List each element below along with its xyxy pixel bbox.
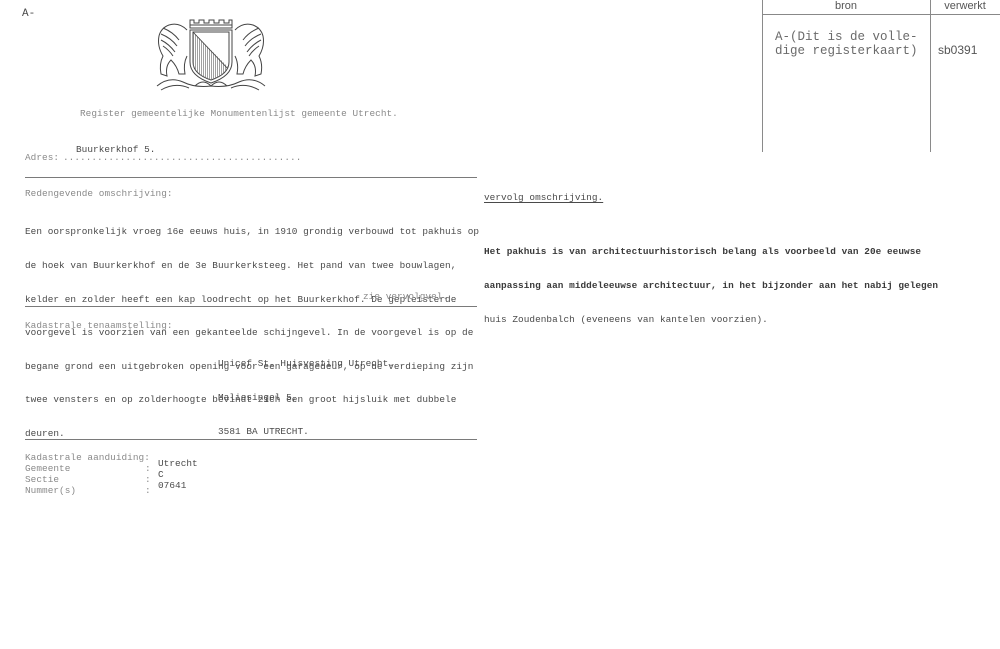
table-bron-line: dige registerkaart) bbox=[775, 44, 918, 58]
owner-name: Unicef St. Huisvesting Utrecht. bbox=[218, 358, 394, 369]
cadastral-row-label: Nummer(s) bbox=[25, 485, 76, 496]
cadastral-row-sep: : bbox=[145, 474, 151, 485]
description-line: Een oorspronkelijk vroeg 16e eeuws huis,… bbox=[25, 226, 479, 237]
table-header-rule bbox=[762, 14, 1000, 15]
table-header-verwerkt: verwerkt bbox=[930, 0, 1000, 12]
table-header-bron: bron bbox=[762, 0, 930, 12]
continuation-line: huis Zoudenbalch (eveneens van kantelen … bbox=[484, 314, 938, 325]
register-title: Register gemeentelijke Monumentenlijst g… bbox=[80, 108, 398, 119]
continuation-text: Het pakhuis is van architectuurhistorisc… bbox=[484, 224, 938, 336]
see-continuation-note: zie vervolgvel. bbox=[363, 291, 448, 302]
divider bbox=[25, 439, 477, 440]
table-verwerkt-value: sb0391 bbox=[938, 43, 977, 57]
ownership-label: Kadastrale tenaamstelling: bbox=[25, 320, 173, 331]
continuation-line-text: Het pakhuis is van architectuurhistorisc… bbox=[484, 246, 921, 257]
cadastral-label: Kadastrale aanduiding: bbox=[25, 452, 150, 463]
continuation-line-text: huis Zoudenbalch (eveneens van kantelen … bbox=[484, 314, 768, 325]
cadastral-gemeente-value: Utrecht bbox=[158, 458, 198, 469]
divider bbox=[25, 177, 477, 178]
ownership-address: Unicef St. Huisvesting Utrecht. Maliesin… bbox=[218, 336, 394, 448]
cadastral-nummer-value: 07641 bbox=[158, 480, 186, 491]
cadastral-sectie-value: C bbox=[158, 469, 164, 480]
description-line: de hoek van Buurkerkhof en de 3e Buurker… bbox=[25, 260, 479, 271]
address-dots: ........................................… bbox=[63, 152, 301, 163]
owner-city: 3581 BA UTRECHT. bbox=[218, 426, 394, 437]
corner-mark: A- bbox=[22, 9, 35, 20]
continuation-line: aanpassing aan middeleeuwse architectuur… bbox=[484, 280, 938, 291]
table-border-left bbox=[762, 0, 763, 152]
owner-street: Maliesingel 5, bbox=[218, 392, 394, 403]
cadastral-row-label: Sectie bbox=[25, 474, 59, 485]
table-bron-line: A-(Dit is de volle- bbox=[775, 30, 918, 44]
cadastral-row-sep: : bbox=[145, 463, 151, 474]
utrecht-coat-of-arms-icon bbox=[149, 16, 271, 96]
table-column-divider bbox=[930, 0, 931, 152]
continuation-heading: vervolg omschrijving. bbox=[484, 192, 603, 203]
address-label: Adres: bbox=[25, 152, 59, 163]
description-label: Redengevende omschrijving: bbox=[25, 188, 173, 199]
divider bbox=[25, 306, 477, 307]
continuation-line: Het pakhuis is van architectuurhistorisc… bbox=[484, 246, 938, 257]
cadastral-row-label: Gemeente bbox=[25, 463, 70, 474]
continuation-line-text: aanpassing aan middeleeuwse architectuur… bbox=[484, 280, 938, 291]
cadastral-row-sep: : bbox=[145, 485, 151, 496]
